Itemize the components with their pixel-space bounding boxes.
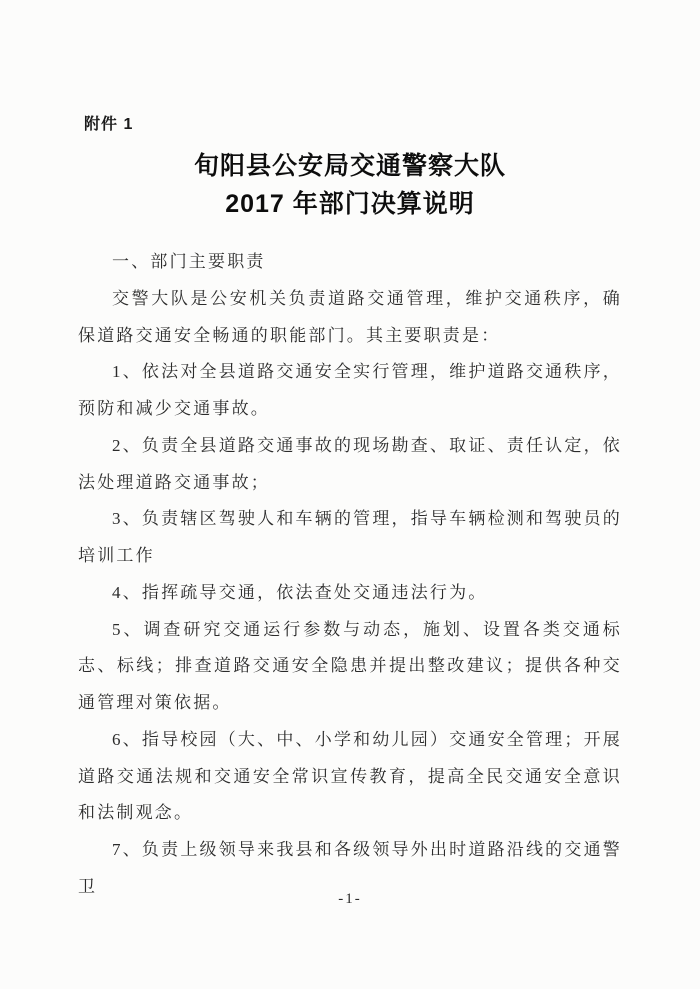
paragraph: 5、调查研究交通运行参数与动态，施划、设置各类交通标志、标线；排查道路交通安全隐… bbox=[78, 612, 622, 722]
document-title-line-2: 2017 年部门决算说明 bbox=[0, 185, 700, 223]
document-title-line-1: 旬阳县公安局交通警察大队 bbox=[0, 147, 700, 185]
paragraph: 1、依法对全县道路交通安全实行管理，维护道路交通秩序，预防和减少交通事故。 bbox=[78, 354, 622, 428]
section-heading: 一、部门主要职责 bbox=[78, 244, 622, 281]
document-body: 一、部门主要职责 交警大队是公安机关负责道路交通管理，维护交通秩序，确保道路交通… bbox=[78, 244, 622, 906]
document-title: 旬阳县公安局交通警察大队 2017 年部门决算说明 bbox=[0, 147, 700, 223]
paragraph: 2、负责全县道路交通事故的现场勘查、取证、责任认定，依法处理道路交通事故； bbox=[78, 428, 622, 502]
paragraph: 3、负责辖区驾驶人和车辆的管理，指导车辆检测和驾驶员的培训工作 bbox=[78, 501, 622, 575]
paragraph: 6、指导校园（大、中、小学和幼儿园）交通安全管理；开展道路交通法规和交通安全常识… bbox=[78, 722, 622, 832]
paragraph: 4、指挥疏导交通，依法查处交通违法行为。 bbox=[78, 575, 622, 612]
paragraph: 交警大队是公安机关负责道路交通管理，维护交通秩序，确保道路交通安全畅通的职能部门… bbox=[78, 281, 622, 355]
page-number: -1- bbox=[0, 891, 700, 908]
attachment-label: 附件 1 bbox=[84, 111, 133, 134]
document-page: 附件 1 旬阳县公安局交通警察大队 2017 年部门决算说明 一、部门主要职责 … bbox=[0, 0, 700, 989]
